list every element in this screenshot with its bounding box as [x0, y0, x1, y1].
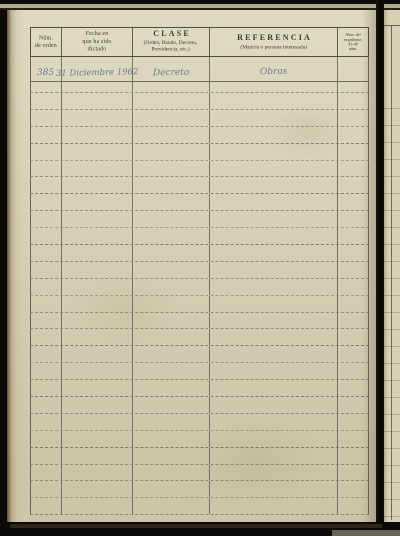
- blank-cell: [62, 498, 133, 514]
- blank-ruled-row: [30, 380, 369, 397]
- blank-ruled-row: [30, 346, 369, 363]
- blank-cell: [338, 82, 368, 92]
- blank-ruled-row: [30, 414, 369, 431]
- header-line: dictado: [83, 46, 112, 54]
- blank-cell: [31, 414, 62, 430]
- blank-cell: [62, 431, 133, 447]
- blank-cell: [133, 127, 210, 143]
- blank-ruled-row: [30, 448, 369, 465]
- blank-cell: [210, 228, 338, 244]
- blank-cell: [338, 431, 368, 447]
- blank-cell: [210, 245, 338, 261]
- blank-cell: [210, 211, 338, 227]
- blank-cell: [338, 211, 368, 227]
- blank-cell: [31, 397, 62, 413]
- blank-cell: [338, 363, 368, 379]
- blank-cell: [133, 414, 210, 430]
- blank-ruled-row: [30, 262, 369, 279]
- header-referencia: REFERENCIA (Materia o persona interesada…: [210, 28, 338, 56]
- blank-cell: [210, 498, 338, 514]
- blank-cell: [210, 448, 338, 464]
- blank-cell: [133, 262, 210, 278]
- blank-ruled-row: [30, 498, 369, 515]
- blank-cell: [210, 161, 338, 177]
- blank-ruled-row: [30, 313, 369, 330]
- blank-ruled-row: [30, 228, 369, 245]
- page-bottom-shadow: [10, 524, 382, 528]
- blank-cell: [210, 465, 338, 481]
- blank-cell: [62, 228, 133, 244]
- book-spine-gap: [376, 0, 384, 536]
- header-referencia-sub: (Materia o persona interesada): [240, 43, 307, 50]
- blank-cell: [133, 177, 210, 193]
- blank-cell: [338, 296, 368, 312]
- header-line: de orden: [35, 42, 57, 50]
- entry-row: 385 31 Diciembre 1962 Decreto Obras: [30, 57, 369, 82]
- blank-cell: [210, 329, 338, 345]
- blank-cell: [31, 296, 62, 312]
- header-line: Núm.: [35, 34, 57, 42]
- blank-cell: [210, 397, 338, 413]
- entry-num-orden: 385: [37, 68, 54, 81]
- blank-cell: [133, 448, 210, 464]
- header-fecha: Fecha en que ha sido dictado: [62, 28, 133, 56]
- blank-cell: [62, 93, 133, 109]
- blank-ruled-row: [30, 110, 369, 127]
- blank-cell: [133, 313, 210, 329]
- blank-cell: [210, 194, 338, 210]
- blank-cell: [31, 279, 62, 295]
- blank-cell: [338, 498, 368, 514]
- next-page-table-top-line: [384, 25, 400, 26]
- next-page-sliver: [384, 10, 400, 530]
- blank-cell: [31, 313, 62, 329]
- blank-cell: [133, 465, 210, 481]
- blank-cell: [338, 346, 368, 362]
- blank-cell: [338, 397, 368, 413]
- blank-cell: [133, 93, 210, 109]
- blank-cell: [31, 177, 62, 193]
- blank-cell: [338, 329, 368, 345]
- blank-cell: [338, 144, 368, 160]
- blank-cell: [338, 279, 368, 295]
- blank-cell: [210, 414, 338, 430]
- blank-cell: [31, 144, 62, 160]
- blank-rows: [30, 93, 369, 515]
- blank-cell: [62, 329, 133, 345]
- blank-cell: [133, 161, 210, 177]
- blank-ruled-row: [30, 194, 369, 211]
- blank-cell: [338, 161, 368, 177]
- blank-cell: [31, 194, 62, 210]
- blank-cell: [338, 177, 368, 193]
- blank-cell: [62, 397, 133, 413]
- blank-cell: [31, 228, 62, 244]
- blank-cell: [133, 82, 210, 92]
- blank-cell: [31, 465, 62, 481]
- blank-cell: [31, 211, 62, 227]
- blank-cell: [338, 448, 368, 464]
- header-num-expediente-text: Núm. del expediente, 43-48 núm.: [344, 33, 363, 52]
- blank-cell: [31, 262, 62, 278]
- blank-cell: [338, 245, 368, 261]
- table-header-row: Núm. de orden Fecha en que ha sido dicta…: [30, 27, 369, 57]
- blank-ruled-row: [30, 177, 369, 194]
- blank-cell: [62, 262, 133, 278]
- blank-cell: [62, 448, 133, 464]
- blank-cell: [133, 211, 210, 227]
- blank-cell: [62, 144, 133, 160]
- blank-cell: [210, 177, 338, 193]
- blank-cell: [338, 262, 368, 278]
- blank-ruled-row: [30, 93, 369, 110]
- blank-cell: [210, 127, 338, 143]
- header-clase-sub: (Orden, Bando, Decreto, Providencia, etc…: [144, 40, 198, 53]
- blank-cell: [31, 329, 62, 345]
- blank-cell: [31, 127, 62, 143]
- blank-cell: [338, 127, 368, 143]
- blank-ruled-row: [30, 465, 369, 482]
- blank-cell: [31, 82, 62, 92]
- blank-cell: [338, 194, 368, 210]
- blank-cell: [210, 82, 338, 92]
- blank-cell: [62, 380, 133, 396]
- blank-cell: [31, 110, 62, 126]
- blank-ruled-row: [30, 363, 369, 380]
- blank-ruled-row: [30, 397, 369, 414]
- blank-cell: [133, 363, 210, 379]
- blank-cell: [133, 498, 210, 514]
- blank-cell: [210, 279, 338, 295]
- blank-ruled-row: [30, 431, 369, 448]
- blank-ruled-row: [30, 127, 369, 144]
- blank-cell: [133, 296, 210, 312]
- blank-cell: [31, 161, 62, 177]
- blank-cell: [133, 431, 210, 447]
- entry-num-expediente-cell: [338, 57, 368, 81]
- blank-cell: [62, 177, 133, 193]
- blank-cell: [62, 82, 133, 92]
- blank-cell: [338, 110, 368, 126]
- blank-cell: [31, 498, 62, 514]
- blank-cell: [31, 431, 62, 447]
- header-fecha-text: Fecha en que ha sido dictado: [83, 30, 112, 53]
- blank-cell: [62, 313, 133, 329]
- blank-cell: [133, 194, 210, 210]
- blank-cell: [62, 481, 133, 497]
- blank-ruled-row: [30, 144, 369, 161]
- blank-cell: [31, 380, 62, 396]
- next-page-column-line: [391, 25, 392, 520]
- blank-cell: [31, 448, 62, 464]
- blank-cell: [31, 245, 62, 261]
- header-line: núm.: [344, 47, 363, 52]
- blank-cell: [31, 93, 62, 109]
- blank-cell: [62, 414, 133, 430]
- blank-cell: [210, 93, 338, 109]
- underlying-page-corner: [332, 530, 400, 536]
- blank-cell: [62, 194, 133, 210]
- blank-cell: [338, 380, 368, 396]
- blank-cell: [210, 313, 338, 329]
- blank-cell: [133, 397, 210, 413]
- header-referencia-title: REFERENCIA: [235, 33, 312, 43]
- blank-cell: [133, 110, 210, 126]
- entry-fecha: 31 Diciembre 1962: [56, 67, 139, 82]
- next-page-row-lines: [384, 92, 400, 517]
- blank-cell: [210, 380, 338, 396]
- blank-cell: [210, 431, 338, 447]
- blank-cell: [338, 313, 368, 329]
- blank-cell: [210, 363, 338, 379]
- blank-cell: [210, 262, 338, 278]
- blank-cell: [133, 329, 210, 345]
- blank-cell: [62, 279, 133, 295]
- blank-cell: [133, 346, 210, 362]
- entry-clase-cell: Decreto: [133, 57, 210, 81]
- entry-fecha-cell: 31 Diciembre 1962: [62, 57, 133, 81]
- blank-cell: [133, 481, 210, 497]
- blank-cell: [31, 346, 62, 362]
- blank-ruled-row: [30, 161, 369, 178]
- blank-cell: [338, 228, 368, 244]
- blank-cell: [210, 110, 338, 126]
- registry-table: Núm. de orden Fecha en que ha sido dicta…: [30, 27, 369, 515]
- blank-cell: [31, 481, 62, 497]
- blank-cell: [210, 481, 338, 497]
- blank-cell: [133, 245, 210, 261]
- blank-cell: [62, 127, 133, 143]
- blank-cell: [133, 228, 210, 244]
- short-ruled-row: [30, 82, 369, 93]
- header-num-expediente: Núm. del expediente, 43-48 núm.: [338, 28, 368, 56]
- blank-cell: [31, 363, 62, 379]
- header-line: Providencia, etc.): [144, 46, 198, 53]
- blank-cell: [338, 465, 368, 481]
- header-clase: CLASE (Orden, Bando, Decreto, Providenci…: [133, 28, 210, 56]
- blank-cell: [210, 144, 338, 160]
- blank-cell: [62, 161, 133, 177]
- blank-ruled-row: [30, 211, 369, 228]
- blank-ruled-row: [30, 245, 369, 262]
- blank-cell: [62, 245, 133, 261]
- blank-cell: [338, 414, 368, 430]
- blank-cell: [338, 481, 368, 497]
- blank-cell: [133, 144, 210, 160]
- blank-cell: [338, 93, 368, 109]
- header-num-orden-text: Núm. de orden: [35, 34, 57, 49]
- blank-cell: [62, 110, 133, 126]
- blank-cell: [133, 279, 210, 295]
- blank-cell: [62, 296, 133, 312]
- blank-ruled-row: [30, 481, 369, 498]
- scanned-ledger-scene: Núm. de orden Fecha en que ha sido dicta…: [0, 0, 400, 536]
- blank-cell: [62, 346, 133, 362]
- blank-ruled-row: [30, 296, 369, 313]
- blank-cell: [62, 465, 133, 481]
- blank-cell: [210, 296, 338, 312]
- blank-cell: [133, 380, 210, 396]
- entry-clase: Decreto: [153, 68, 190, 82]
- header-clase-title: CLASE: [151, 29, 191, 39]
- entry-referencia-cell: Obras: [210, 57, 338, 81]
- blank-ruled-row: [30, 329, 369, 346]
- blank-cell: [62, 211, 133, 227]
- blank-ruled-row: [30, 279, 369, 296]
- header-num-orden: Núm. de orden: [31, 28, 62, 56]
- blank-cell: [210, 346, 338, 362]
- entry-referencia: Obras: [260, 67, 288, 82]
- blank-cell: [62, 363, 133, 379]
